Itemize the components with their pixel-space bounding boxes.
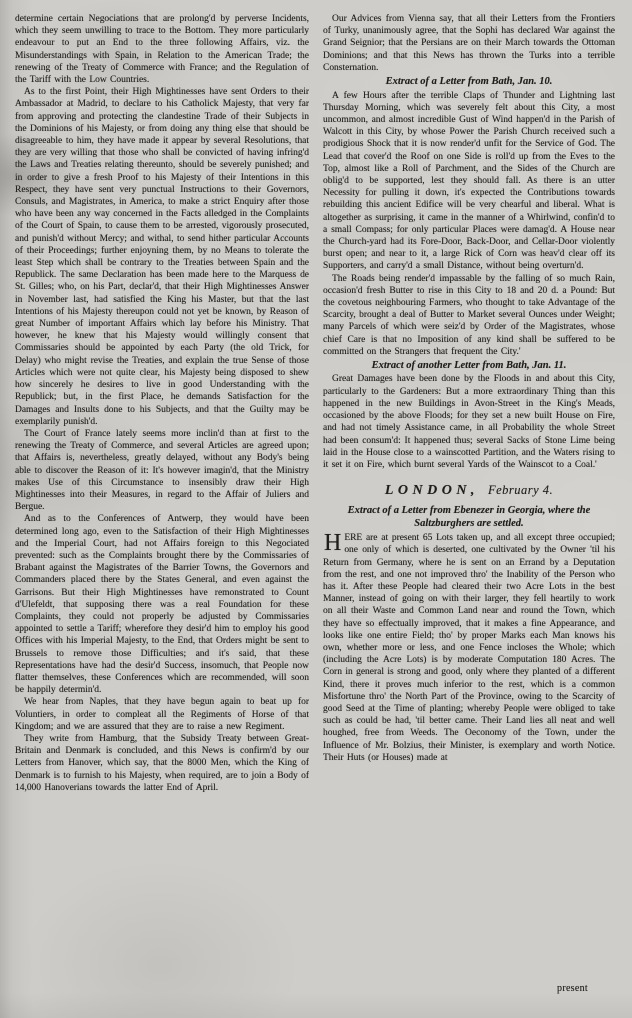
paragraph-bath-whirlwind: A few Hours after the terrible Claps of … bbox=[323, 90, 615, 273]
newspaper-page: determine certain Negociations that are … bbox=[0, 0, 632, 1018]
dateline-city: LONDON, bbox=[385, 483, 479, 498]
catchword: present bbox=[557, 983, 588, 994]
paragraph-court-of-france: The Court of France lately seems more in… bbox=[15, 428, 309, 513]
paragraph-spain-madrid: As to the first Point, their High Mighti… bbox=[15, 86, 309, 428]
quoted-passage-georgia: ' ' ' ' ' ' ' ' ' ' ' ' ' ' ' ' ' ' ' ' … bbox=[323, 532, 615, 764]
paragraph-georgia-lots-text: ERE are at present 65 Lots taken up, and… bbox=[323, 533, 615, 763]
drop-cap-letter: H bbox=[323, 532, 344, 553]
paragraph-vienna-advices: Our Advices from Vienna say, that all th… bbox=[323, 13, 615, 74]
paragraph-negociations: determine certain Negociations that are … bbox=[15, 13, 309, 86]
paragraph-georgia-lots: HERE are at present 65 Lots taken up, an… bbox=[323, 532, 615, 764]
paragraph-naples: We hear from Naples, that they have begu… bbox=[15, 696, 309, 733]
heading-ebenezer-georgia-letter: Extract of a Letter from Ebenezer in Geo… bbox=[341, 505, 598, 530]
heading-bath-letter-jan10: Extract of a Letter from Bath, Jan. 10. bbox=[323, 76, 615, 89]
paragraph-hamburg-subsidy: They write from Hamburg, that the Subsid… bbox=[15, 733, 309, 794]
paragraph-antwerp-conferences: And as to the Conferences of Antwerp, th… bbox=[15, 513, 309, 696]
left-column: determine certain Negociations that are … bbox=[15, 13, 309, 1005]
paragraph-bath-floods-fire: Great Damages have been done by the Floo… bbox=[323, 373, 615, 471]
heading-bath-letter-jan11: Extract of another Letter from Bath, Jan… bbox=[323, 360, 615, 373]
quoted-passage-bath-floods: ' ' ' ' ' ' ' ' ' ' ' ' ' ' ' ' ' ' ' ' … bbox=[323, 373, 615, 471]
paragraph-bath-butter: The Roads being render'd impassable by t… bbox=[323, 273, 615, 358]
right-column: Our Advices from Vienna say, that all th… bbox=[323, 13, 615, 1005]
quoted-passage-bath-storm: ' ' ' ' ' ' ' ' ' ' ' ' ' ' ' ' ' ' ' ' … bbox=[323, 90, 615, 273]
quoted-passage-bath-roads: ' ' ' ' ' ' ' ' ' ' ' ' ' ' ' ' ' ' ' ' … bbox=[323, 273, 615, 358]
dateline-date: February 4. bbox=[488, 483, 553, 497]
dateline-london: LONDON, February 4. bbox=[323, 481, 615, 499]
